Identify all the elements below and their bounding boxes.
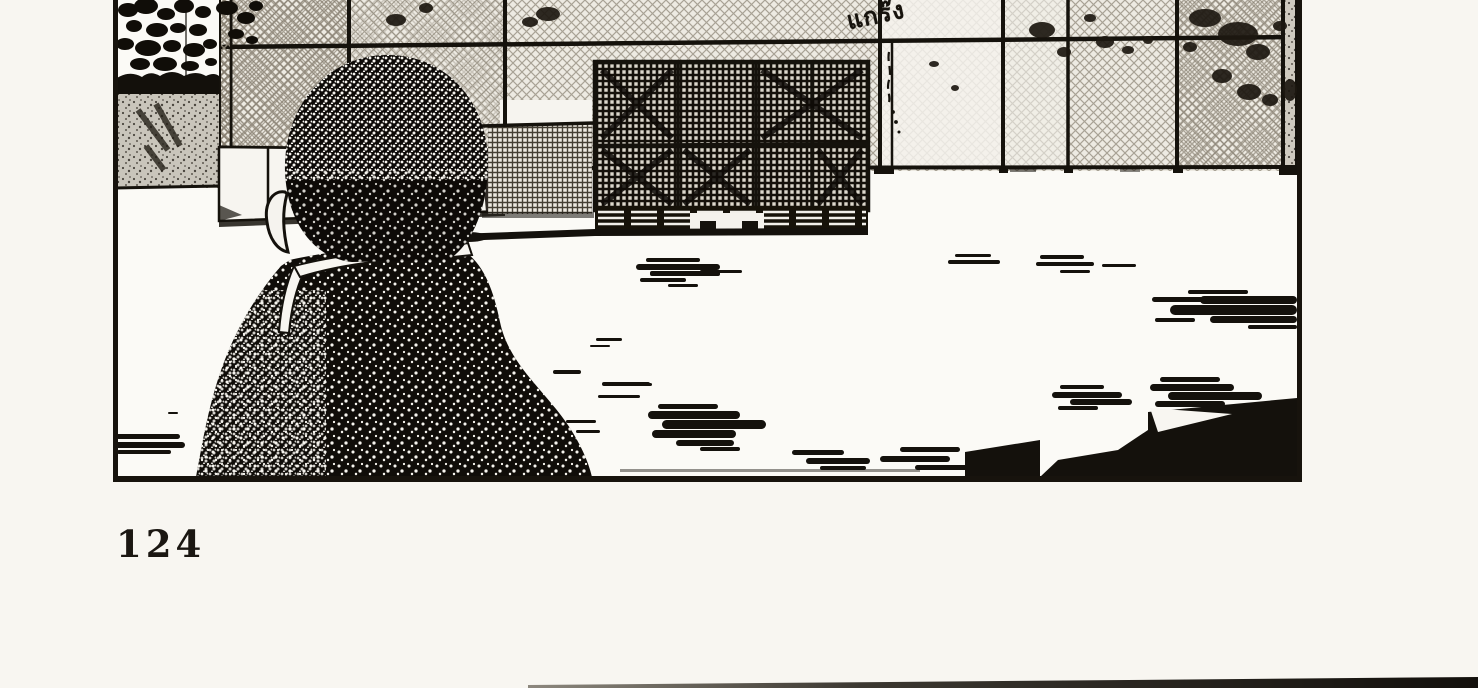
next-panel-edge: [528, 677, 1478, 688]
page-number: 124: [116, 522, 205, 566]
mesh-screen: [482, 123, 594, 218]
manga-page: แกร๊ง 124: [0, 0, 1478, 688]
panel-content: [113, 0, 1299, 480]
manga-panel-artwork: [0, 0, 1478, 688]
